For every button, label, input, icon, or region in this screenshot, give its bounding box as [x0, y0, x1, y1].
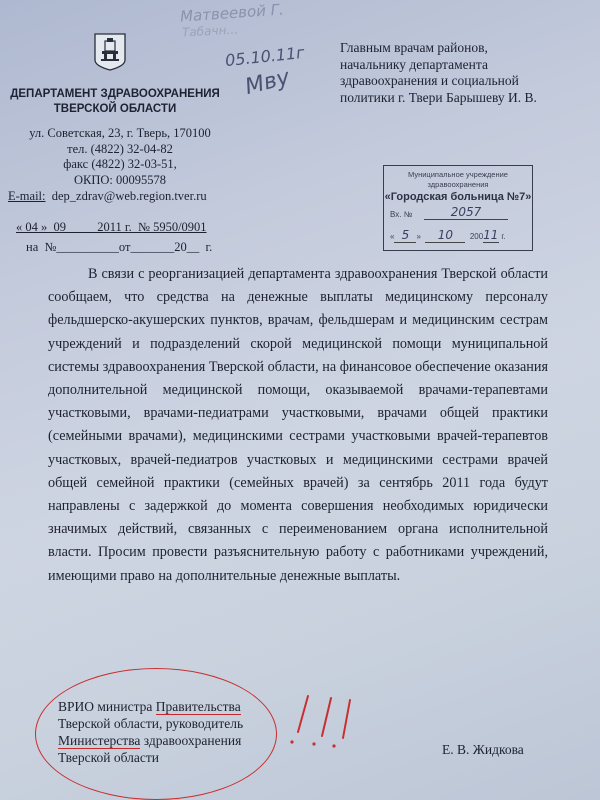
stamp-year-prefix: 200: [470, 232, 483, 241]
handwritten-date: 05.10.11г: [224, 43, 305, 70]
exclamation-marks-annotation: [288, 690, 358, 750]
email-address[interactable]: dep_zdrav@web.region.tver.ru: [52, 189, 207, 203]
signature-text: ВРИО министра: [58, 699, 156, 714]
stamp-line-1: Муниципальное учреждение: [384, 170, 532, 179]
addressee-line: начальнику департамента: [340, 57, 590, 74]
signature-line-1: ВРИО министра Правительства: [58, 698, 278, 715]
addressee-line: Главным врачам районов,: [340, 40, 590, 57]
addressee-line: здравоохранения и социальной: [340, 73, 590, 90]
signer-name: Е. В. Жидкова: [442, 742, 524, 758]
email-line: E-mail: dep_zdrav@web.region.tver.ru: [8, 189, 207, 204]
stamp-month: 10: [425, 228, 465, 243]
signature-line-3: Министерства здравоохранения: [58, 732, 278, 749]
stamp-incoming-label: Вх. №: [390, 210, 412, 219]
reference-number: 5950/0901: [153, 220, 206, 234]
department-line-2: ТВЕРСКОЙ ОБЛАСТИ: [10, 102, 220, 117]
department-line-1: ДЕПАРТАМЕНТ ЗДРАВООХРАНЕНИЯ: [10, 87, 220, 102]
signature-line-2: Тверской области, руководитель: [58, 715, 278, 732]
contact-block: ул. Советская, 23, г. Тверь, 170100 тел.…: [20, 126, 220, 188]
department-name: ДЕПАРТАМЕНТ ЗДРАВООХРАНЕНИЯ ТВЕРСКОЙ ОБЛ…: [10, 87, 220, 117]
underlined-pravitelstva: Правительства: [156, 699, 241, 715]
reply-reference: на №__________от_______20__ г.: [26, 240, 212, 255]
addressee-line: политики г. Твери Барышеву И. В.: [340, 90, 590, 107]
fax: факс (4822) 32-03-51,: [20, 157, 220, 173]
reference-date: « 04 » 09 2011 г. №: [16, 220, 153, 234]
address: ул. Советская, 23, г. Тверь, 170100: [20, 126, 220, 142]
email-label: E-mail:: [8, 189, 46, 203]
stamp-incoming-number: 2057: [424, 205, 508, 220]
stamp-hospital-name: «Городская больница №7»: [384, 191, 532, 203]
stamp-day: 5: [394, 228, 416, 243]
stamp-year-suffix: г.: [501, 232, 505, 241]
okpo: ОКПО: 00095578: [20, 173, 220, 189]
signature-line-4: Тверской области: [58, 749, 278, 766]
stamp-year-hw: 11: [483, 228, 499, 243]
addressee-block: Главным врачам районов, начальнику депар…: [340, 40, 590, 106]
letter-body: В связи с реорганизацией департамента зд…: [48, 263, 548, 588]
signature-text: здравоохранения: [140, 733, 241, 748]
phone: тел. (4822) 32-04-82: [20, 142, 220, 158]
stamp-date: «5» 10 20011 г.: [390, 228, 506, 243]
signature-title: ВРИО министра Правительства Тверской обл…: [58, 698, 278, 766]
outgoing-reference: « 04 » 09 2011 г. № 5950/0901: [16, 220, 207, 235]
incoming-stamp: Муниципальное учреждение здравоохранения…: [383, 165, 533, 251]
underlined-ministerstva: Министерства: [58, 733, 140, 749]
handwritten-initials: Мву: [243, 65, 293, 100]
handwritten-note-second: Табачн…: [182, 23, 239, 40]
stamp-line-2: здравоохранения: [384, 180, 532, 189]
tver-coat-of-arms-icon: [93, 32, 127, 72]
